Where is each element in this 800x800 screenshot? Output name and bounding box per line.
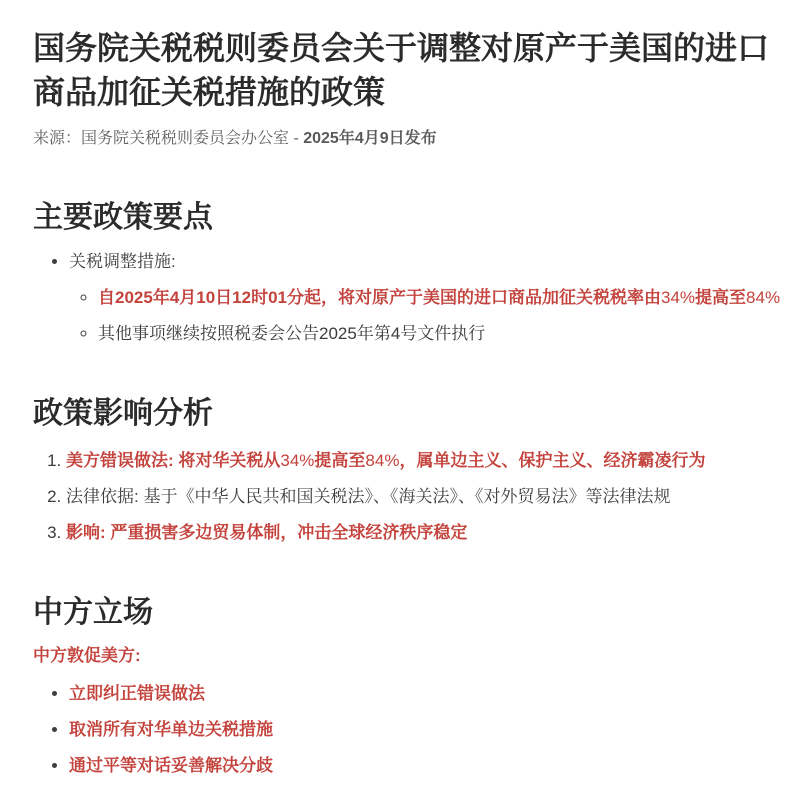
list-item-other-matters: 其他事项继续按照税委会公告2025年第4号文件执行 — [98, 322, 780, 347]
list-item-legal-basis: 法律依据: 基于《中华人民共和国关税法》、《海关法》、《对外贸易法》等法律法规 — [66, 485, 780, 510]
new-rate-value: 84% — [746, 288, 780, 307]
section-heading-key-points: 主要政策要点 — [33, 197, 780, 239]
article-title: 国务院关税税则委员会关于调整对原产于美国的进口商品加征关税措施的政策 — [33, 26, 775, 114]
section-heading-stance: 中方立场 — [33, 592, 780, 634]
key-points-sublist: 自2025年4月10日12时01分起，将对原产于美国的进口商品加征关税税率由34… — [69, 286, 780, 347]
list-item-demand-2: 取消所有对华单边关税措施 — [69, 718, 780, 743]
highlight-text: 美方错误做法: 将对华关税从 — [66, 451, 280, 470]
highlight-text: 立即纠正错误做法 — [69, 684, 205, 703]
highlight-text: 自2025年4月10日12时01分起，将对原产于美国的进口商品加征关税税率由 — [98, 288, 661, 307]
source-prefix: 来源：国务院关税税则委员会办公室 - — [33, 130, 303, 147]
key-points-list: 关税调整措施: 自2025年4月10日12时01分起，将对原产于美国的进口商品加… — [33, 250, 780, 347]
list-item-us-wrongdoing: 美方错误做法: 将对华关税从34%提高至84%，属单边主义、保护主义、经济霸凌行… — [66, 449, 780, 474]
list-item-text: 关税调整措施: — [69, 252, 176, 271]
highlight-text: 通过平等对话妥善解决分歧 — [69, 756, 273, 775]
list-item-tariff-change-highlight: 自2025年4月10日12时01分起，将对原产于美国的进口商品加征关税税率由34… — [98, 286, 780, 311]
raise-word: 提高至 — [314, 451, 365, 470]
list-item-demand-1: 立即纠正错误做法 — [69, 682, 780, 707]
stance-lead: 中方敦促美方: — [33, 644, 780, 669]
old-rate-value: 34% — [661, 288, 695, 307]
raise-word: 提高至 — [695, 288, 746, 307]
source-line: 来源：国务院关税税则委员会办公室 - 2025年4月9日发布 — [33, 128, 780, 150]
highlight-text: 影响: 严重损害多边贸易体制，冲击全球经济秩序稳定 — [66, 523, 467, 542]
section-heading-impact: 政策影响分析 — [33, 393, 780, 435]
list-item-tariff-measures: 关税调整措施: 自2025年4月10日12时01分起，将对原产于美国的进口商品加… — [69, 250, 780, 347]
highlight-text-tail: ，属单边主义、保护主义、经济霸凌行为 — [399, 451, 705, 470]
new-rate-value: 84% — [365, 451, 399, 470]
document-page: 国务院关税税则委员会关于调整对原产于美国的进口商品加征关税措施的政策 来源：国务… — [0, 0, 800, 800]
highlight-text: 取消所有对华单边关税措施 — [69, 720, 273, 739]
list-item-text: 法律依据: 基于《中华人民共和国关税法》、《海关法》、《对外贸易法》等法律法规 — [66, 487, 670, 506]
list-item-demand-3: 通过平等对话妥善解决分歧 — [69, 754, 780, 779]
publish-date: 2025年4月9日发布 — [303, 130, 436, 147]
list-item-text: 其他事项继续按照税委会公告2025年第4号文件执行 — [98, 324, 485, 343]
list-item-impact: 影响: 严重损害多边贸易体制，冲击全球经济秩序稳定 — [66, 521, 780, 546]
impact-analysis-list: 美方错误做法: 将对华关税从34%提高至84%，属单边主义、保护主义、经济霸凌行… — [33, 449, 780, 546]
old-rate-value: 34% — [280, 451, 314, 470]
